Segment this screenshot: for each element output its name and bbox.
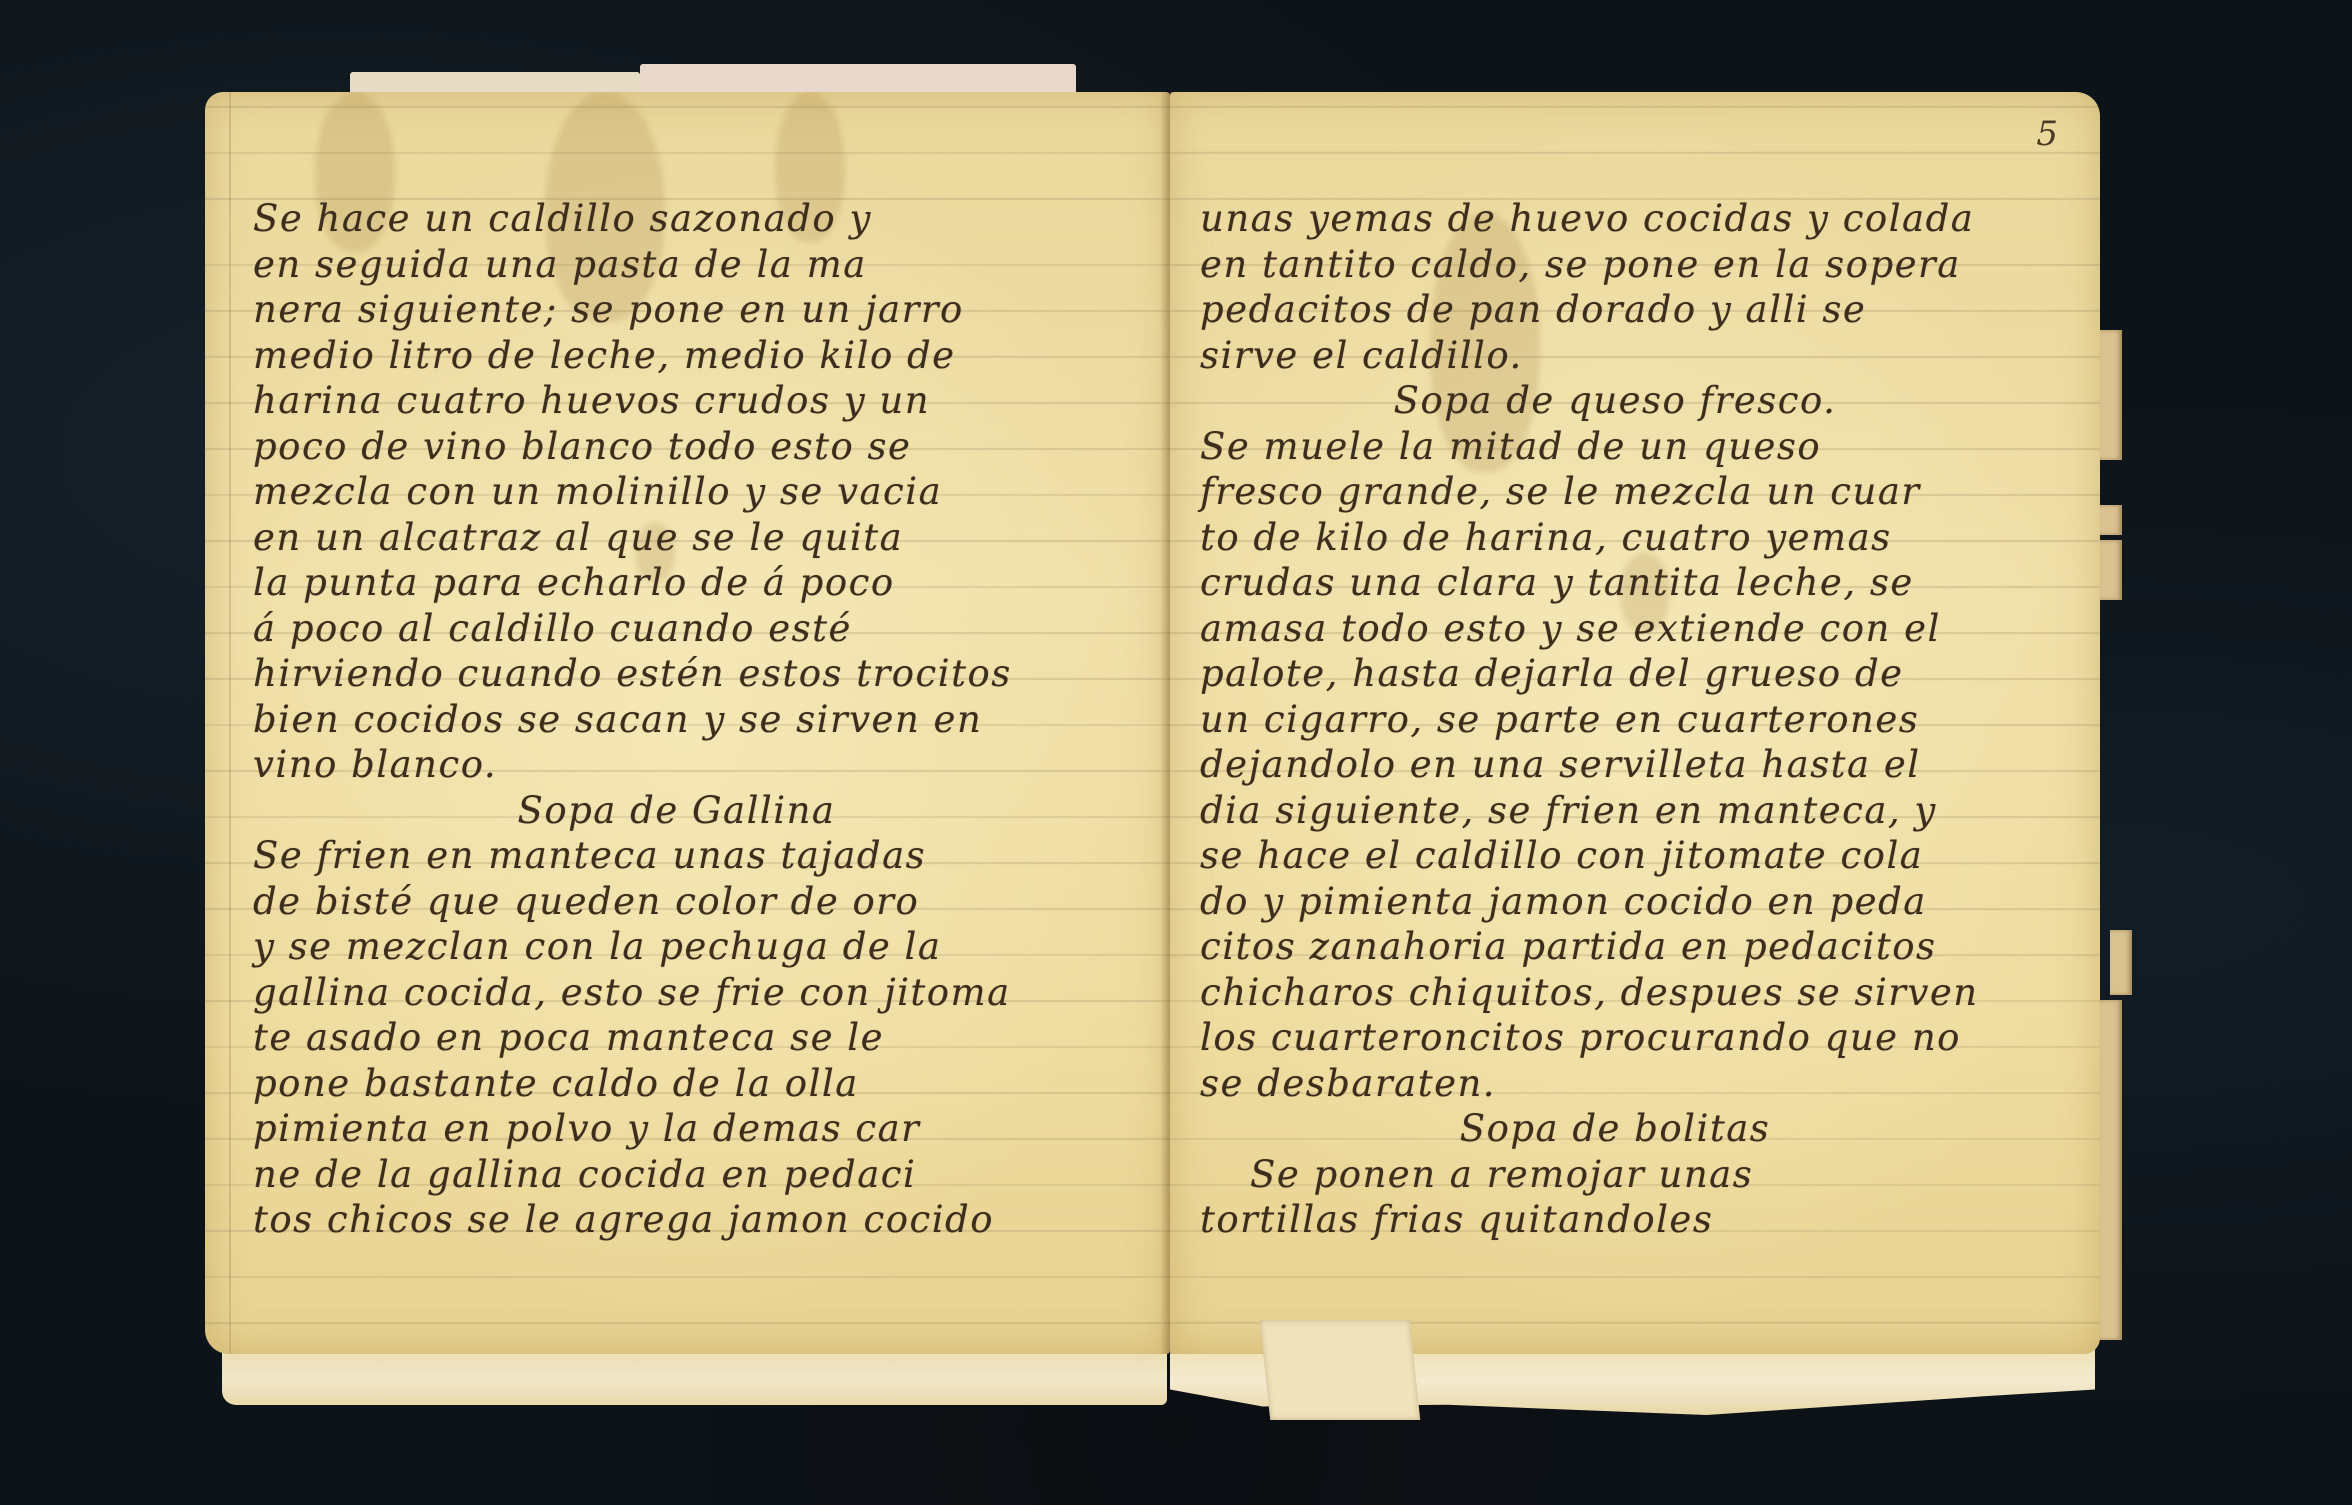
handwritten-line: un cigarro, se parte en cuarterones — [1200, 697, 2070, 743]
handwritten-line: medio litro de leche, medio kilo de — [253, 333, 1140, 379]
right-page-text: unas yemas de huevo cocidas y colada en … — [1200, 196, 2070, 1243]
right-edge-page-tab — [2110, 930, 2132, 995]
recipe-heading-sopa-de-gallina: Sopa de Gallina — [253, 788, 1140, 834]
handwritten-line: sirve el caldillo. — [1200, 333, 2070, 379]
handwritten-line: dia siguiente, se frien en manteca, y — [1200, 788, 2070, 834]
handwritten-line: do y pimienta jamon cocido en peda — [1200, 879, 2070, 925]
handwritten-line: fresco grande, se le mezcla un cuar — [1200, 469, 2070, 515]
handwritten-line: mezcla con un molinillo y se vacia — [253, 469, 1140, 515]
right-edge-page-tab — [2100, 330, 2122, 460]
open-manuscript-book: Se hace un caldillo sazonado y en seguid… — [0, 0, 2352, 1505]
recipe-heading-sopa-de-queso-fresco: Sopa de queso fresco. — [1200, 378, 2070, 424]
right-edge-page-tab — [2100, 505, 2122, 535]
handwritten-line: de bisté que queden color de oro — [253, 879, 1140, 925]
right-edge-page-tab — [2100, 540, 2122, 600]
handwritten-line: amasa todo esto y se extiende con el — [1200, 606, 2070, 652]
handwritten-line: hirviendo cuando estén estos trocitos — [253, 651, 1140, 697]
handwritten-line: pone bastante caldo de la olla — [253, 1061, 1140, 1107]
handwritten-line: se hace el caldillo con jitomate cola — [1200, 833, 2070, 879]
handwritten-line: harina cuatro huevos crudos y un — [253, 378, 1140, 424]
left-page-text: Se hace un caldillo sazonado y en seguid… — [253, 196, 1140, 1243]
handwritten-line: gallina cocida, esto se frie con jitoma — [253, 970, 1140, 1016]
handwritten-line: unas yemas de huevo cocidas y colada — [1200, 196, 2070, 242]
handwritten-line: Se frien en manteca unas tajadas — [253, 833, 1140, 879]
handwritten-line: chicharos chiquitos, despues se sirven — [1200, 970, 2070, 1016]
handwritten-line: poco de vino blanco todo esto se — [253, 424, 1140, 470]
handwritten-line: tortillas frias quitandoles — [1200, 1197, 2070, 1243]
right-edge-page-tab — [2100, 1000, 2122, 1340]
handwritten-line: crudas una clara y tantita leche, se — [1200, 560, 2070, 606]
handwritten-line: en tantito caldo, se pone en la sopera — [1200, 242, 2070, 288]
left-page: Se hace un caldillo sazonado y en seguid… — [205, 92, 1170, 1354]
page-number: 5 — [2036, 114, 2058, 154]
handwritten-line: citos zanahoria partida en pedacitos — [1200, 924, 2070, 970]
handwritten-line: y se mezclan con la pechuga de la — [253, 924, 1140, 970]
handwritten-line: bien cocidos se sacan y se sirven en — [253, 697, 1140, 743]
handwritten-line: Se hace un caldillo sazonado y — [253, 196, 1140, 242]
torn-page-corner — [1260, 1320, 1421, 1420]
handwritten-line: to de kilo de harina, cuatro yemas — [1200, 515, 2070, 561]
right-page: 5 unas yemas de huevo cocidas y colada e… — [1170, 92, 2100, 1354]
handwritten-line: Se muele la mitad de un queso — [1200, 424, 2070, 470]
handwritten-line: dejandolo en una servilleta hasta el — [1200, 742, 2070, 788]
handwritten-line: pimienta en polvo y la demas car — [253, 1106, 1140, 1152]
handwritten-line: la punta para echarlo de á poco — [253, 560, 1140, 606]
handwritten-line: palote, hasta dejarla del grueso de — [1200, 651, 2070, 697]
handwritten-line: los cuarteroncitos procurando que no — [1200, 1015, 2070, 1061]
handwritten-line: pedacitos de pan dorado y alli se — [1200, 287, 2070, 333]
handwritten-line: te asado en poca manteca se le — [253, 1015, 1140, 1061]
handwritten-line: nera siguiente; se pone en un jarro — [253, 287, 1140, 333]
handwritten-line: en un alcatraz al que se le quita — [253, 515, 1140, 561]
handwritten-line: en seguida una pasta de la ma — [253, 242, 1140, 288]
handwritten-line: Se ponen a remojar unas — [1200, 1152, 2070, 1198]
handwritten-line: vino blanco. — [253, 742, 1140, 788]
handwritten-line: tos chicos se le agrega jamon cocido — [253, 1197, 1140, 1243]
margin-line — [229, 92, 231, 1354]
handwritten-line: se desbaraten. — [1200, 1061, 2070, 1107]
handwritten-line: á poco al caldillo cuando esté — [253, 606, 1140, 652]
handwritten-line: ne de la gallina cocida en pedaci — [253, 1152, 1140, 1198]
recipe-heading-sopa-de-bolitas: Sopa de bolitas — [1200, 1106, 2070, 1152]
